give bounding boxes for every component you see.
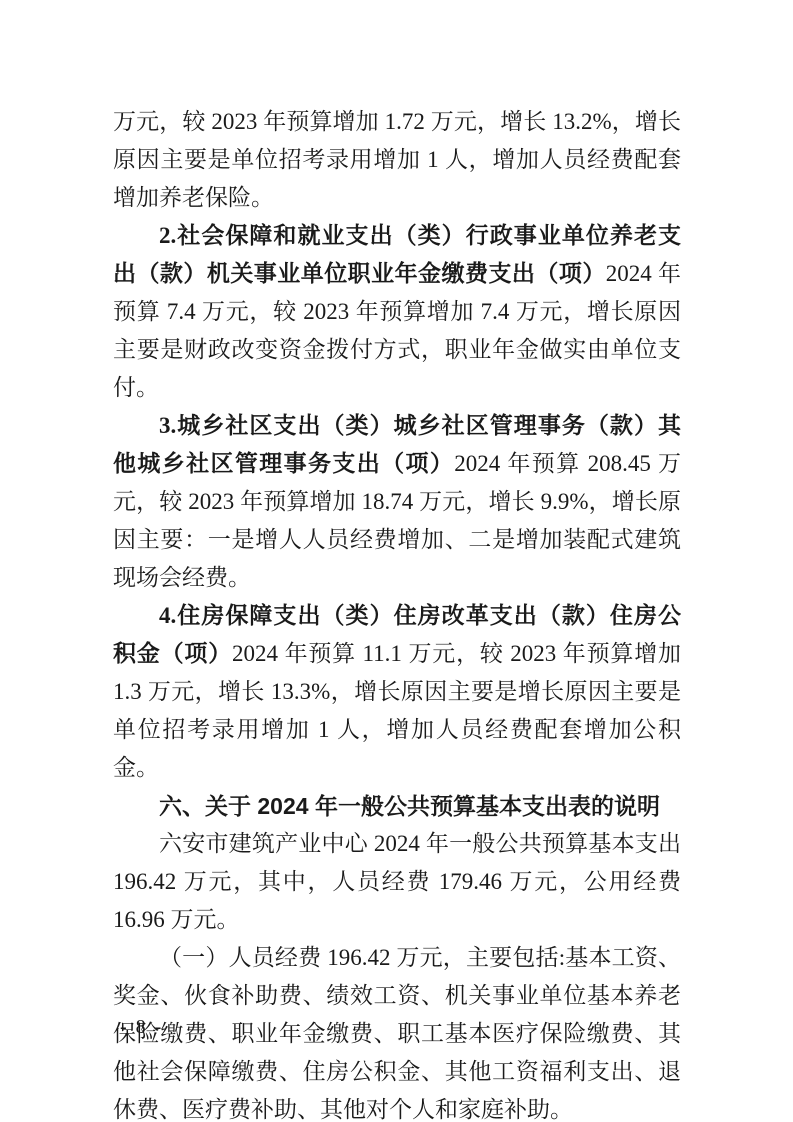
paragraph: 六安市建筑产业中心 2024 年一般公共预算基本支出 196.42 万元，其中，… xyxy=(113,825,681,939)
section-heading: 六、关于 2024 年一般公共预算基本支出表的说明 xyxy=(113,787,681,825)
bold-text-segment: 2.社会保障和就业支出（类）行政事业单位养老支出（款）机关事业单位职业年金缴费支… xyxy=(113,223,681,286)
text-segment: 万元，较 2023 年预算增加 1.72 万元，增长 13.2%，增长原因主要是… xyxy=(113,109,681,210)
paragraph: 3.城乡社区支出（类）城乡社区管理事务（款）其他城乡社区管理事务支出（项）202… xyxy=(113,407,681,597)
document-page: 万元，较 2023 年预算增加 1.72 万元，增长 13.2%，增长原因主要是… xyxy=(0,0,793,1122)
text-segment: （一）人员经费 196.42 万元，主要包括:基本工资、奖金、伙食补助费、绩效工… xyxy=(113,945,681,1122)
bold-text-segment: 六、关于 2024 年一般公共预算基本支出表的说明 xyxy=(159,793,660,819)
paragraph: （一）人员经费 196.42 万元，主要包括:基本工资、奖金、伙食补助费、绩效工… xyxy=(113,939,681,1122)
paragraph: 万元，较 2023 年预算增加 1.72 万元，增长 13.2%，增长原因主要是… xyxy=(113,103,681,217)
paragraph: 4.住房保障支出（类）住房改革支出（款）住房公积金（项）2024 年预算 11.… xyxy=(113,597,681,787)
page-body: 万元，较 2023 年预算增加 1.72 万元，增长 13.2%，增长原因主要是… xyxy=(113,103,681,1122)
paragraph: 2.社会保障和就业支出（类）行政事业单位养老支出（款）机关事业单位职业年金缴费支… xyxy=(113,217,681,407)
text-segment: 六安市建筑产业中心 2024 年一般公共预算基本支出 196.42 万元，其中，… xyxy=(113,831,681,932)
page-number: - 8 - xyxy=(120,1016,163,1039)
